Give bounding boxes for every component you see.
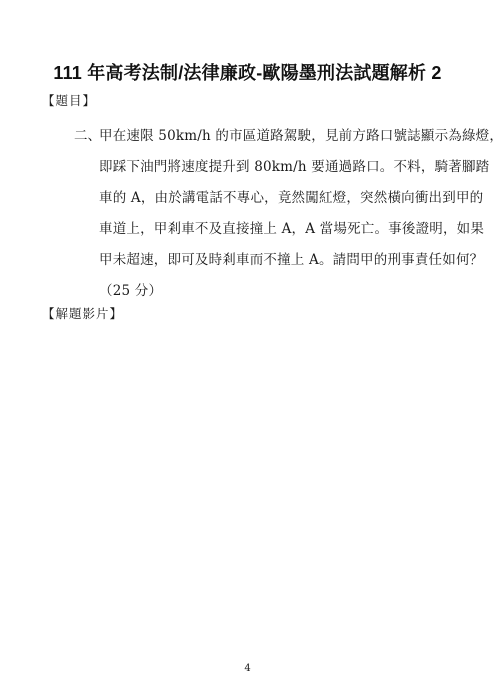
question-line: 車的 A，由於講電話不專心，竟然闖紅燈，突然橫向衝出到甲的	[99, 183, 456, 214]
video-section-label: 【解題影片】	[42, 306, 123, 322]
question-item-marker: 二、	[74, 121, 99, 152]
document-page: 111 年高考法制/法律廉政-歐陽墨刑法試題解析 2 【題目】 二、 甲在速限 …	[0, 0, 495, 700]
page-title: 111 年高考法制/法律廉政-歐陽墨刑法試題解析 2	[0, 60, 495, 86]
question-line: 車道上，甲剎車不及直接撞上 A，A 當場死亡。事後證明，如果	[99, 214, 456, 245]
question-line: 甲未超速，即可及時剎車而不撞上 A。請問甲的刑事責任如何？	[99, 245, 456, 276]
question-line-text: 甲在速限 50km/h 的市區道路駕駛，見前方路口號誌顯示為綠燈，	[99, 128, 495, 144]
question-line: 二、 甲在速限 50km/h 的市區道路駕駛，見前方路口號誌顯示為綠燈，	[99, 121, 456, 152]
question-line: 即踩下油門將速度提升到 80km/h 要通過路口。不料，騎著腳踏	[99, 152, 456, 183]
question-line: （25 分）	[99, 276, 456, 307]
question-line-text: 即踩下油門將速度提升到 80km/h 要通過路口。不料，騎著腳踏	[99, 159, 489, 175]
question-line-text: 車的 A，由於講電話不專心，竟然闖紅燈，突然橫向衝出到甲的	[99, 190, 483, 206]
question-line-text: 甲未超速，即可及時剎車而不撞上 A。請問甲的刑事責任如何？	[99, 252, 483, 268]
question-line-text: （25 分）	[99, 283, 162, 299]
question-line-text: 車道上，甲剎車不及直接撞上 A，A 當場死亡。事後證明，如果	[99, 221, 484, 237]
question-paragraph: 二、 甲在速限 50km/h 的市區道路駕駛，見前方路口號誌顯示為綠燈， 即踩下…	[99, 121, 456, 307]
question-section-label: 【題目】	[42, 93, 96, 109]
page-number: 4	[0, 663, 495, 674]
